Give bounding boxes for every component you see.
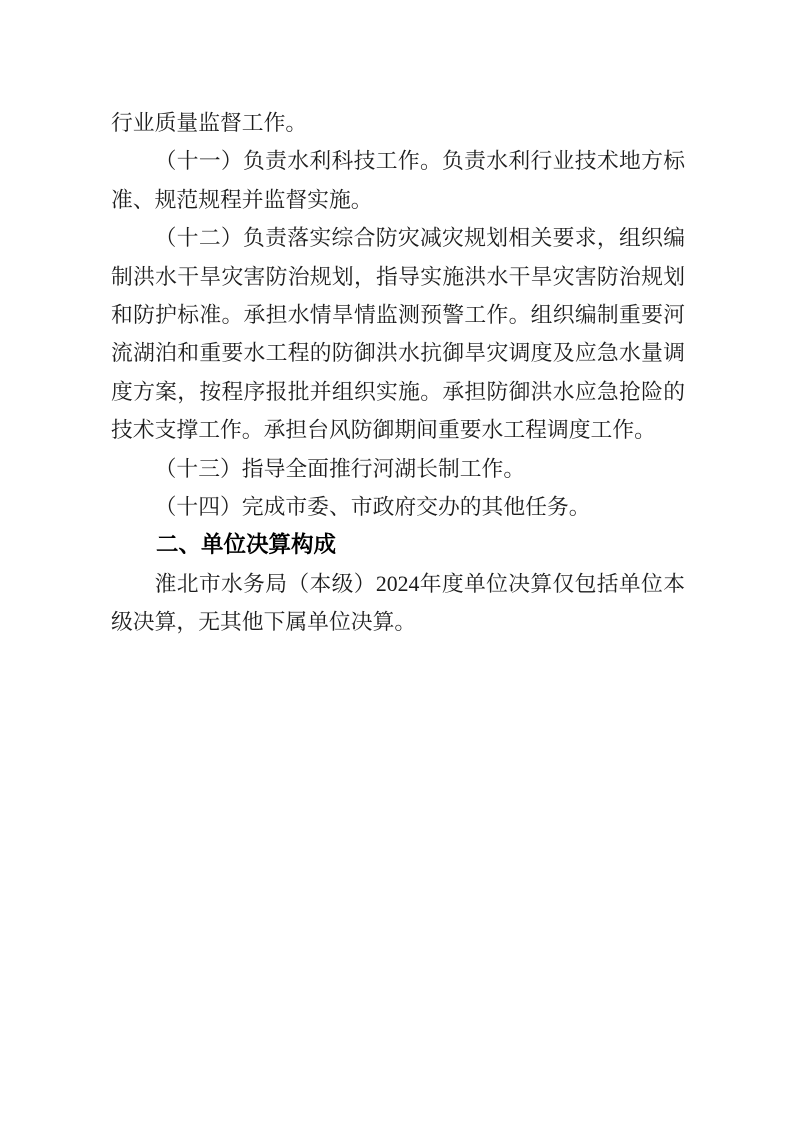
- section-heading-unit-composition: 二、单位决算构成: [111, 526, 685, 564]
- document-content: 行业质量监督工作。 （十一）负责水利科技工作。负责水利行业技术地方标 准、规范规…: [111, 104, 685, 642]
- paragraph-line: 淮北市水务局（本级）2024年度单位决算仅包括单位本: [111, 565, 685, 603]
- section-heading-text: 二、单位决算构成: [111, 526, 685, 564]
- paragraph-line: 技术支撑工作。承担台风防御期间重要水工程调度工作。: [111, 411, 685, 449]
- paragraph-line: 度方案，按程序报批并组织实施。承担防御洪水应急抢险的: [111, 373, 685, 411]
- paragraph-item-13: （十三）指导全面推行河湖长制工作。: [111, 450, 685, 488]
- paragraph-line: （十三）指导全面推行河湖长制工作。: [111, 450, 685, 488]
- paragraph-line: （十二）负责落实综合防灾减灾规划相关要求，组织编: [111, 219, 685, 257]
- paragraph-item-14: （十四）完成市委、市政府交办的其他任务。: [111, 488, 685, 526]
- paragraph-line: 准、规范规程并监督实施。: [111, 181, 685, 219]
- paragraph-line: 行业质量监督工作。: [111, 104, 685, 142]
- paragraph-line: 制洪水干旱灾害防治规划，指导实施洪水干旱灾害防治规划: [111, 258, 685, 296]
- paragraph-item-11: （十一）负责水利科技工作。负责水利行业技术地方标 准、规范规程并监督实施。: [111, 142, 685, 219]
- paragraph-unit-final-accounts-composition: 淮北市水务局（本级）2024年度单位决算仅包括单位本 级决算，无其他下属单位决算…: [111, 565, 685, 642]
- paragraph-line: 和防护标准。承担水情旱情监测预警工作。组织编制重要河: [111, 296, 685, 334]
- paragraph-line: （十四）完成市委、市政府交办的其他任务。: [111, 488, 685, 526]
- paragraph-line: （十一）负责水利科技工作。负责水利行业技术地方标: [111, 142, 685, 180]
- paragraph-line: 级决算，无其他下属单位决算。: [111, 603, 685, 641]
- paragraph-item-12: （十二）负责落实综合防灾减灾规划相关要求，组织编 制洪水干旱灾害防治规划，指导实…: [111, 219, 685, 449]
- paragraph-quality-supervision-continuation: 行业质量监督工作。: [111, 104, 685, 142]
- paragraph-line: 流湖泊和重要水工程的防御洪水抗御旱灾调度及应急水量调: [111, 334, 685, 372]
- document-page: 行业质量监督工作。 （十一）负责水利科技工作。负责水利行业技术地方标 准、规范规…: [0, 0, 793, 1122]
